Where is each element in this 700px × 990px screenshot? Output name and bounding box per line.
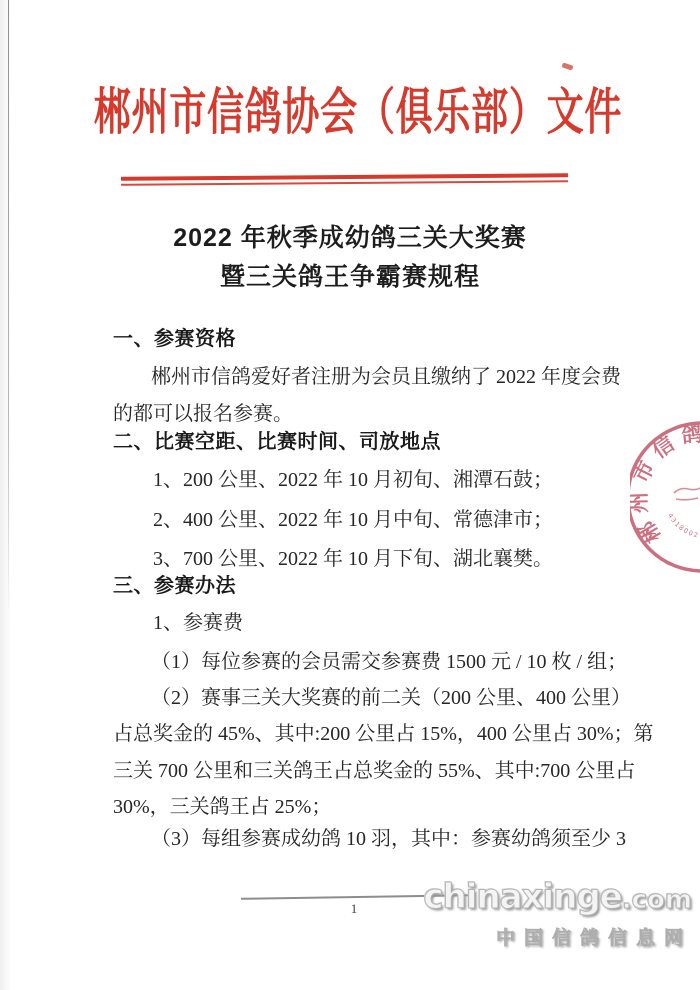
fee-item-2-line: 占总奖金的 45%、其中:200 公里占 15%，400 公里占 30%；第 <box>113 716 623 752</box>
fee-item-2-line: （2）赛事三关大奖赛的前二关（200 公里、400 公里） <box>113 680 623 716</box>
letterhead-title: 郴州市信鸽协会（俱乐部）文件 <box>94 76 612 148</box>
watermark-suffix: .com <box>622 885 692 915</box>
section1-heading: 一、参赛资格 <box>113 322 623 351</box>
site-watermark: chinaxinge.com 中国信鸽信息网 <box>423 879 692 950</box>
stamp-inner-mark <box>674 487 700 500</box>
section1-body: 郴州市信鸽爱好者注册为会员且缴纳了 2022 年度会费 的都可以报名参赛。 <box>113 359 623 433</box>
stamp-serial-holder: 4318002 <box>666 512 700 540</box>
stamp-arc-text: 郴州市信鸽 <box>630 421 700 547</box>
race-item-200km: 1、200 公里、2022 年 10 月初旬、湘潭石鼓； <box>153 461 663 501</box>
section2-heading: 二、比赛空距、比赛时间、司放地点 <box>113 425 623 454</box>
section3-item3: （3）每组参赛成幼鸽 10 羽，其中：参赛幼鸽须至少 3 <box>113 821 623 858</box>
watermark-logo-text: chinaxinge.com <box>423 879 692 918</box>
document-title-line2: 暨三关鸽王争霸赛规程 <box>0 258 700 297</box>
section1-body-line: 郴州市信鸽爱好者注册为会员且缴纳了 2022 年度会费 <box>113 359 623 396</box>
watermark-chinese-name: 中国信鸽信息网 <box>423 923 692 950</box>
letterhead-rule <box>121 173 568 186</box>
document-page: 郴州市信鸽协会（俱乐部）文件 2022 年秋季成幼鸽三关大奖赛 暨三关鸽王争霸赛… <box>0 0 700 990</box>
document-title: 2022 年秋季成幼鸽三关大奖赛 暨三关鸽王争霸赛规程 <box>0 219 700 297</box>
section3-heading: 三、参赛办法 <box>113 569 623 598</box>
stamp-serial-number: 4318002 <box>666 512 700 540</box>
fee-item-1: （1）每位参赛的会员需交参赛费 1500 元 / 10 枚 / 组； <box>113 644 623 681</box>
stamp-arc-text-holder: 郴州市信鸽 <box>630 421 700 547</box>
fee-item-2-line: 三关 700 公里和三关鸽王占总奖金的 55%、其中:700 公里占 <box>113 753 623 789</box>
fee-item-2-line: 30%，三关鸽王占 25%； <box>113 789 623 825</box>
official-stamp: 郴州市信鸽 4318002 <box>630 397 700 597</box>
section3-item1: （1）每位参赛的会员需交参赛费 1500 元 / 10 枚 / 组； <box>113 644 623 681</box>
section3-sub1: 1、参赛费 <box>113 606 663 635</box>
document-title-line1: 2022 年秋季成幼鸽三关大奖赛 <box>0 219 700 258</box>
section3-item2: （2）赛事三关大奖赛的前二关（200 公里、400 公里） 占总奖金的 45%、… <box>113 680 623 825</box>
race-item-400km: 2、400 公里、2022 年 10 月中旬、常德津市； <box>153 501 663 541</box>
watermark-site: chinaxinge <box>423 877 621 917</box>
scan-edge-shading <box>0 0 14 990</box>
scan-edge-line <box>8 0 9 620</box>
fee-item-3: （3）每组参赛成幼鸽 10 羽，其中：参赛幼鸽须至少 3 <box>113 821 623 858</box>
section2-list: 1、200 公里、2022 年 10 月初旬、湘潭石鼓； 2、400 公里、20… <box>113 461 663 580</box>
page-number: 1 <box>343 901 365 917</box>
scan-red-speck <box>561 62 573 70</box>
